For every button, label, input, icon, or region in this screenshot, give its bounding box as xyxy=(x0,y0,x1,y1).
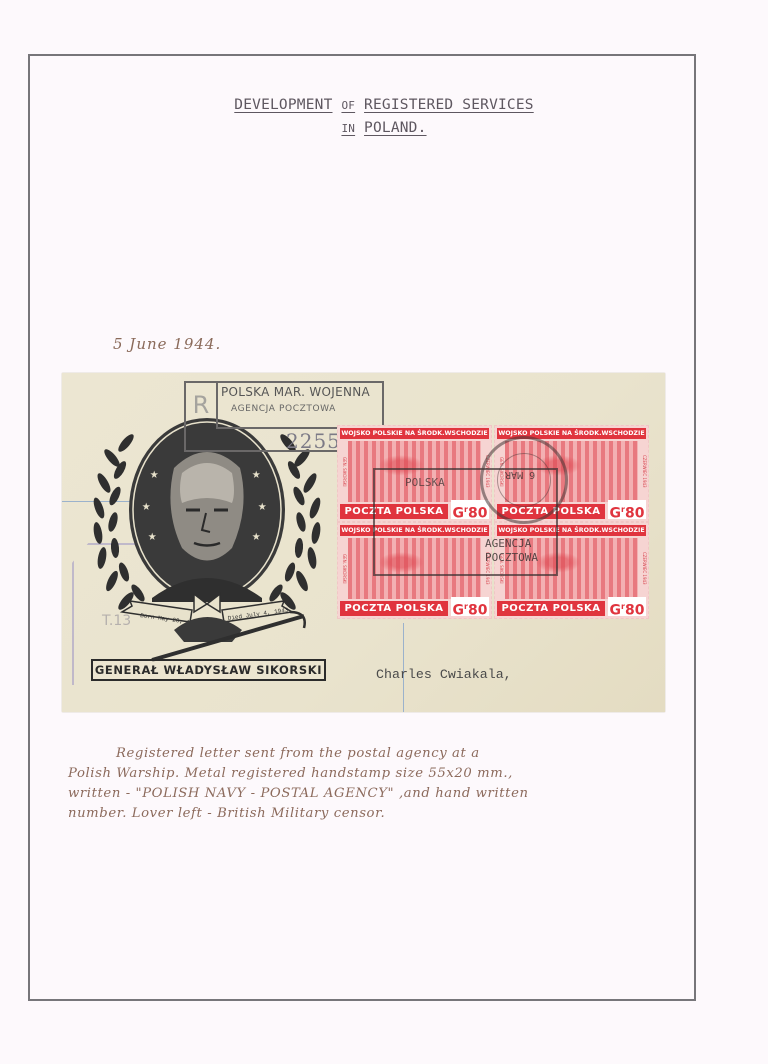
registered-cover: T.13 ★★ xyxy=(62,373,665,712)
stamp-country-label: POCZTA POLSKA xyxy=(340,601,448,616)
registration-r-letter: R xyxy=(186,383,218,429)
stamp-side-text-right: CZERWIEC 1943 xyxy=(640,538,647,599)
cover-description: Registered letter sent from the postal a… xyxy=(68,744,628,824)
stamp-side-text-left: GEN. SIKORSKI xyxy=(340,441,347,502)
circular-postmark: 6 MAR xyxy=(480,436,568,524)
stamp-denomination: Gr80 xyxy=(608,500,646,519)
title-line-1: DEVELOPMENT OF REGISTERED SERVICES xyxy=(0,94,768,117)
recipient-address: Charles Cwiakala, 2327 W.Charleston St.,… xyxy=(376,637,583,712)
address-line-1: Charles Cwiakala, xyxy=(376,667,583,682)
registration-handstamp-line1: POLSKA MAR. WOJENNA xyxy=(221,385,370,399)
stamp-top-inscription: WOJSKO POLSKIE NA ŚRODK.WSCHODZIE xyxy=(340,428,489,439)
general-name-label: GENERAŁ WŁADYSŁAW SIKORSKI xyxy=(91,659,326,681)
svg-text:★: ★ xyxy=(252,467,261,483)
svg-text:★: ★ xyxy=(258,499,267,515)
svg-text:★: ★ xyxy=(148,529,157,545)
stamp-denomination: Gr80 xyxy=(608,597,646,616)
registration-number: 2255 xyxy=(286,429,341,453)
page-title: DEVELOPMENT OF REGISTERED SERVICES IN PO… xyxy=(0,94,768,140)
stamp-denomination: Gr80 xyxy=(451,597,489,616)
title-line-2: IN POLAND. xyxy=(0,117,768,140)
stamp-side-text-right: CZERWIEC 1943 xyxy=(640,441,647,502)
cover-date: 5 June 1944. xyxy=(113,335,221,353)
stamp-side-text-left: GEN. SIKORSKI xyxy=(340,538,347,599)
stamp-country-label: POCZTA POLSKA xyxy=(497,601,605,616)
registration-handstamp-line2: AGENCJA POCZTOWA xyxy=(231,404,336,414)
svg-text:★: ★ xyxy=(252,529,261,545)
svg-text:★: ★ xyxy=(150,467,159,483)
svg-text:★: ★ xyxy=(142,499,151,515)
